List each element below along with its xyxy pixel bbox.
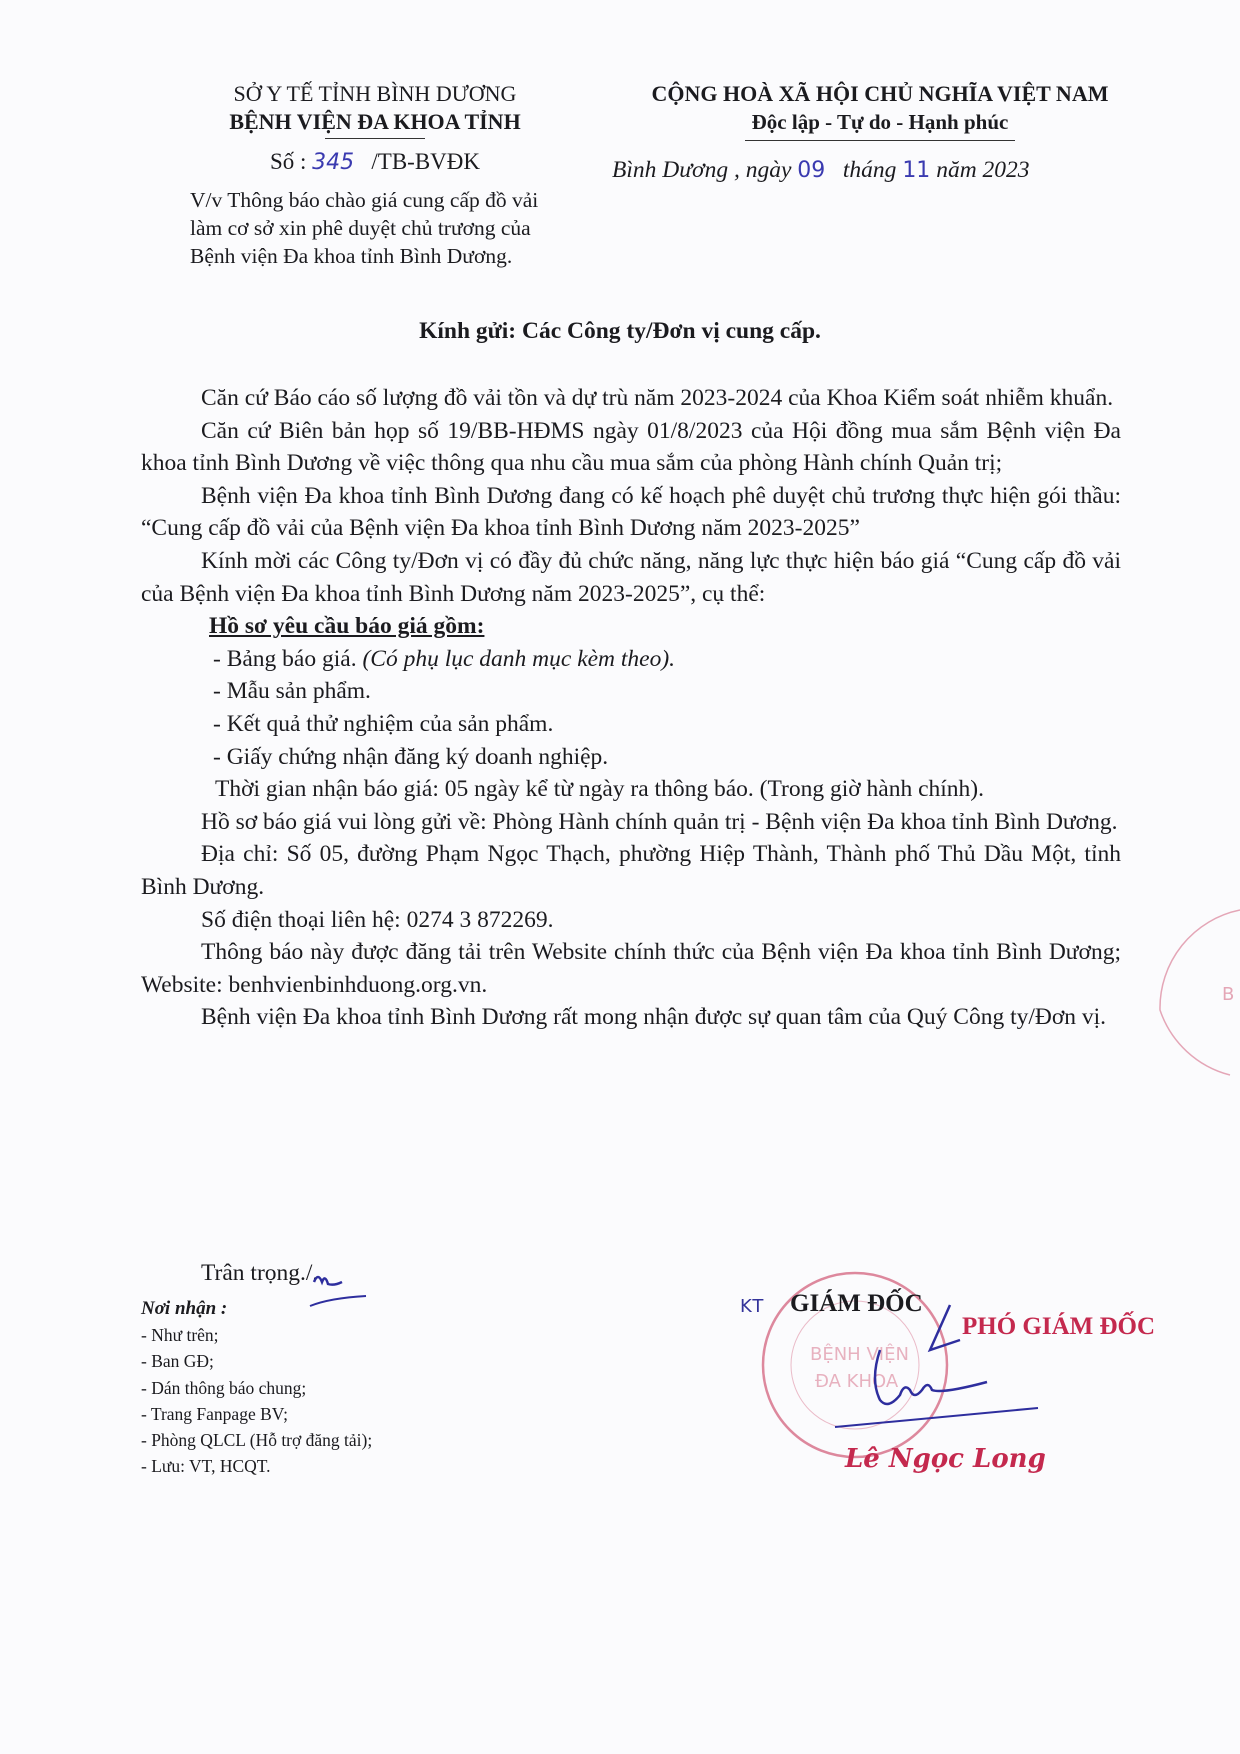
divider bbox=[325, 138, 425, 139]
requirement-item: - Mẫu sản phẩm. bbox=[141, 675, 1121, 708]
paragraph-basis-report: Căn cứ Báo cáo số lượng đồ vải tồn và dự… bbox=[141, 382, 1121, 415]
date-place: Bình Dương , ngày bbox=[612, 157, 791, 183]
paragraph-deadline: Thời gian nhận báo giá: 05 ngày kể từ ng… bbox=[141, 773, 1121, 806]
recipients-title: Nơi nhận : bbox=[141, 1296, 372, 1322]
recipient-item: - Trang Fanpage BV; bbox=[141, 1401, 372, 1427]
divider bbox=[745, 140, 1015, 141]
paragraph-address: Địa chỉ: Số 05, đường Phạm Ngọc Thạch, p… bbox=[141, 838, 1121, 903]
recipient-item: - Phòng QLCL (Hỗ trợ đăng tải); bbox=[141, 1427, 372, 1453]
requirement-item: - Giấy chứng nhận đăng ký doanh nghiệp. bbox=[141, 741, 1121, 774]
document-number-handwritten: 345 bbox=[312, 150, 354, 175]
requirement-note: (Có phụ lục danh mục kèm theo). bbox=[362, 646, 675, 672]
document-number: Số : 345 /TB-BVĐK bbox=[150, 147, 600, 178]
letter-body: Căn cứ Báo cáo số lượng đồ vải tồn và dự… bbox=[141, 382, 1121, 1034]
date-month-label: tháng bbox=[843, 157, 897, 183]
paragraph-basis-minutes: Căn cứ Biên bản họp số 19/BB-HĐMS ngày 0… bbox=[141, 415, 1121, 480]
paragraph-phone: Số điện thoại liên hệ: 0274 3 872269. bbox=[141, 904, 1121, 937]
recipient-item: - Lưu: VT, HCQT. bbox=[141, 1453, 372, 1479]
national-motto: Độc lập - Tự do - Hạnh phúc bbox=[610, 108, 1150, 136]
issue-date: Bình Dương , ngày 09 tháng 11 năm 2023 bbox=[612, 157, 1030, 184]
subject-line: V/v Thông báo chào giá cung cấp đồ vải bbox=[190, 186, 590, 214]
recipient-item: - Như trên; bbox=[141, 1322, 372, 1348]
recipient-item: - Ban GĐ; bbox=[141, 1348, 372, 1374]
recipients-block: Nơi nhận : - Như trên; - Ban GĐ; - Dán t… bbox=[141, 1296, 372, 1479]
issuer-block: SỞ Y TẾ TỈNH BÌNH DƯƠNG BỆNH VIỆN ĐA KHO… bbox=[150, 80, 600, 178]
subject-line: làm cơ sở xin phê duyệt chủ trương của bbox=[190, 214, 590, 242]
subject-line: Bệnh viện Đa khoa tỉnh Bình Dương. bbox=[190, 242, 590, 270]
subject-block: V/v Thông báo chào giá cung cấp đồ vải l… bbox=[190, 186, 590, 270]
organization-name: BỆNH VIỆN ĐA KHOA TỈNH bbox=[150, 108, 600, 136]
document-number-label: Số : bbox=[270, 149, 306, 174]
svg-text:B: B bbox=[1222, 984, 1234, 1005]
requirement-text: - Bảng báo giá. bbox=[213, 646, 362, 672]
closing: Trân trọng./. bbox=[201, 1260, 318, 1287]
on-behalf-label: KT bbox=[740, 1296, 765, 1317]
country-name: CỘNG HOÀ XÃ HỘI CHỦ NGHĨA VIỆT NAM bbox=[610, 80, 1150, 108]
paragraph-submit-to: Hồ sơ báo giá vui lòng gửi về: Phòng Hàn… bbox=[141, 806, 1121, 839]
requirement-item: - Kết quả thử nghiệm của sản phẩm. bbox=[141, 708, 1121, 741]
recipient-item: - Dán thông báo chung; bbox=[141, 1375, 372, 1401]
document-number-suffix: /TB-BVĐK bbox=[371, 149, 480, 174]
date-month: 11 bbox=[902, 158, 930, 183]
requirements-heading: Hồ sơ yêu cầu báo giá gồm: bbox=[141, 610, 1121, 643]
addressee: Kính gửi: Các Công ty/Đơn vị cung cấp. bbox=[0, 318, 1240, 345]
requirement-item: - Bảng báo giá. (Có phụ lục danh mục kèm… bbox=[141, 643, 1121, 676]
date-day: 09 bbox=[797, 158, 825, 183]
paragraph-thanks: Bệnh viện Đa khoa tỉnh Bình Dương rất mo… bbox=[141, 1001, 1121, 1034]
paragraph-plan: Bệnh viện Đa khoa tỉnh Bình Dương đang c… bbox=[141, 480, 1121, 545]
partial-stamp-icon: B bbox=[1150, 900, 1240, 1080]
date-year: năm 2023 bbox=[936, 157, 1029, 183]
paragraph-invitation: Kính mời các Công ty/Đơn vị có đầy đủ ch… bbox=[141, 545, 1121, 610]
department-name: SỞ Y TẾ TỈNH BÌNH DƯƠNG bbox=[150, 80, 600, 108]
handwritten-signature-icon bbox=[820, 1300, 1060, 1440]
national-header: CỘNG HOÀ XÃ HỘI CHỦ NGHĨA VIỆT NAM Độc l… bbox=[610, 80, 1150, 141]
paragraph-website: Thông báo này được đăng tải trên Website… bbox=[141, 936, 1121, 1001]
signer-name: Lê Ngọc Long bbox=[845, 1444, 1046, 1474]
